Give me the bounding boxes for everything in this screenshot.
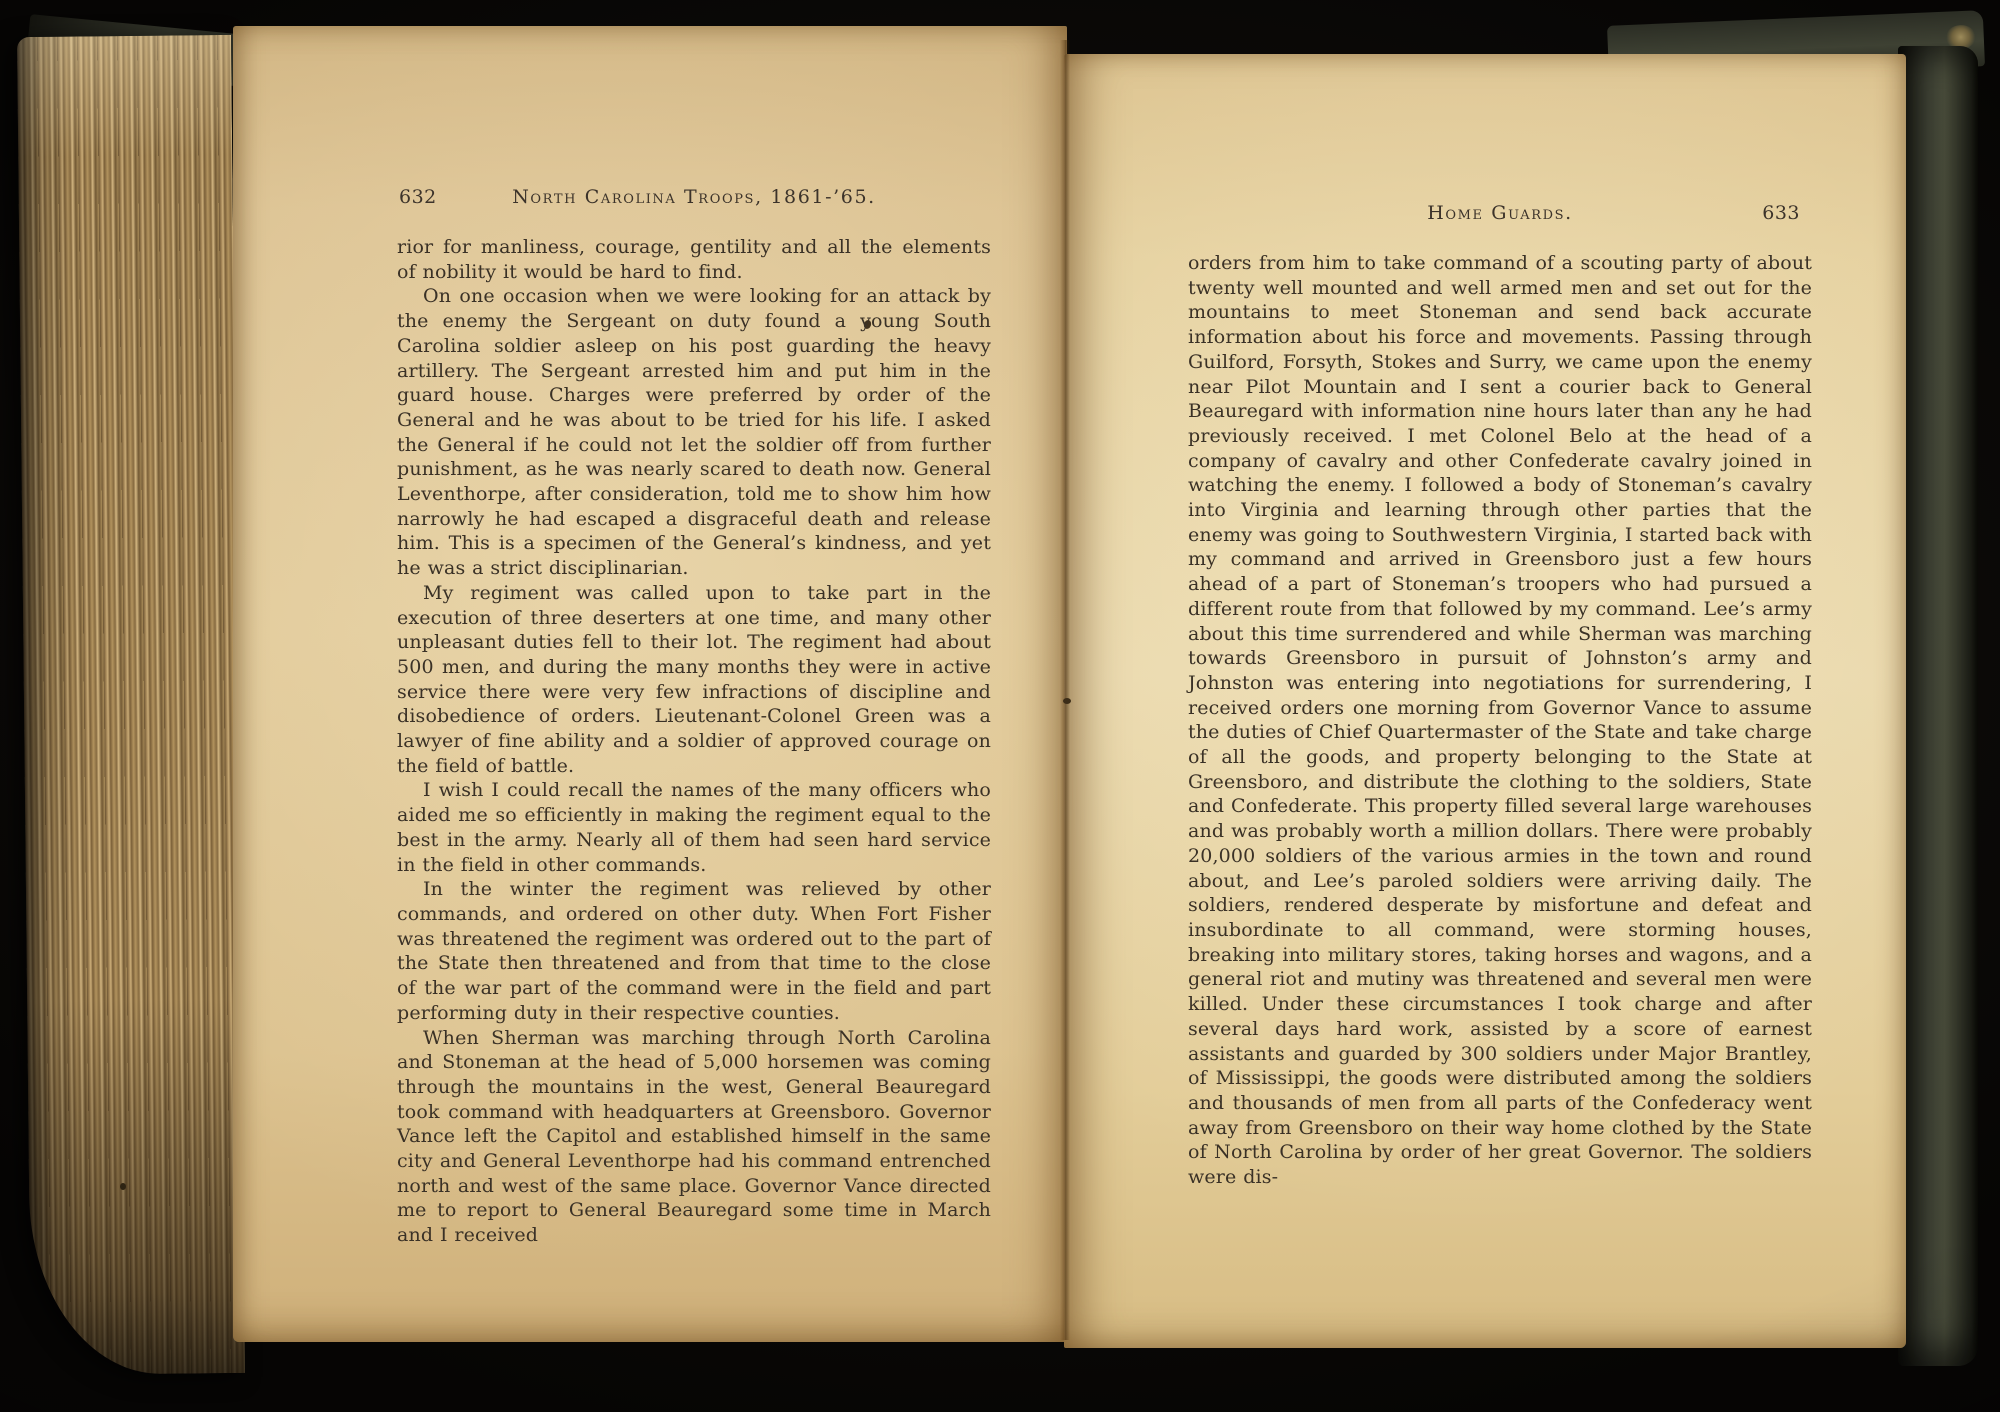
left-page-text: 632 North Carolina Troops, 1861-’65. rio… — [397, 186, 991, 1248]
page-speck — [120, 1183, 126, 1190]
book-cover-right-edge — [1898, 46, 1978, 1366]
paragraph: rior for manliness, courage, gentility a… — [397, 235, 991, 284]
left-page-number: 632 — [399, 186, 437, 208]
paragraph: I wish I could recall the names of the m… — [397, 778, 991, 877]
paragraph: On one occasion when we were looking for… — [397, 284, 991, 580]
right-page-text: Home Guards. 633 orders from him to take… — [1188, 202, 1812, 1190]
paragraph: When Sherman was marching through North … — [397, 1026, 991, 1248]
book-photo: 632 North Carolina Troops, 1861-’65. rio… — [0, 0, 2000, 1412]
book-gutter — [1060, 40, 1070, 1340]
page-speck — [1063, 698, 1071, 704]
right-running-title: Home Guards. — [1188, 202, 1812, 224]
left-running-head: 632 North Carolina Troops, 1861-’65. — [397, 186, 991, 212]
fanned-page-edges — [17, 35, 245, 1375]
right-page-number: 633 — [1762, 202, 1800, 224]
left-running-title: North Carolina Troops, 1861-’65. — [397, 186, 991, 208]
paragraph: In the winter the regiment was relieved … — [397, 877, 991, 1025]
right-running-head: Home Guards. 633 — [1188, 202, 1812, 228]
paragraph: orders from him to take command of a sco… — [1188, 251, 1812, 1190]
right-body-copy: orders from him to take command of a sco… — [1188, 251, 1812, 1190]
left-body-copy: rior for manliness, courage, gentility a… — [397, 235, 991, 1248]
paragraph: My regiment was called upon to take part… — [397, 581, 991, 779]
